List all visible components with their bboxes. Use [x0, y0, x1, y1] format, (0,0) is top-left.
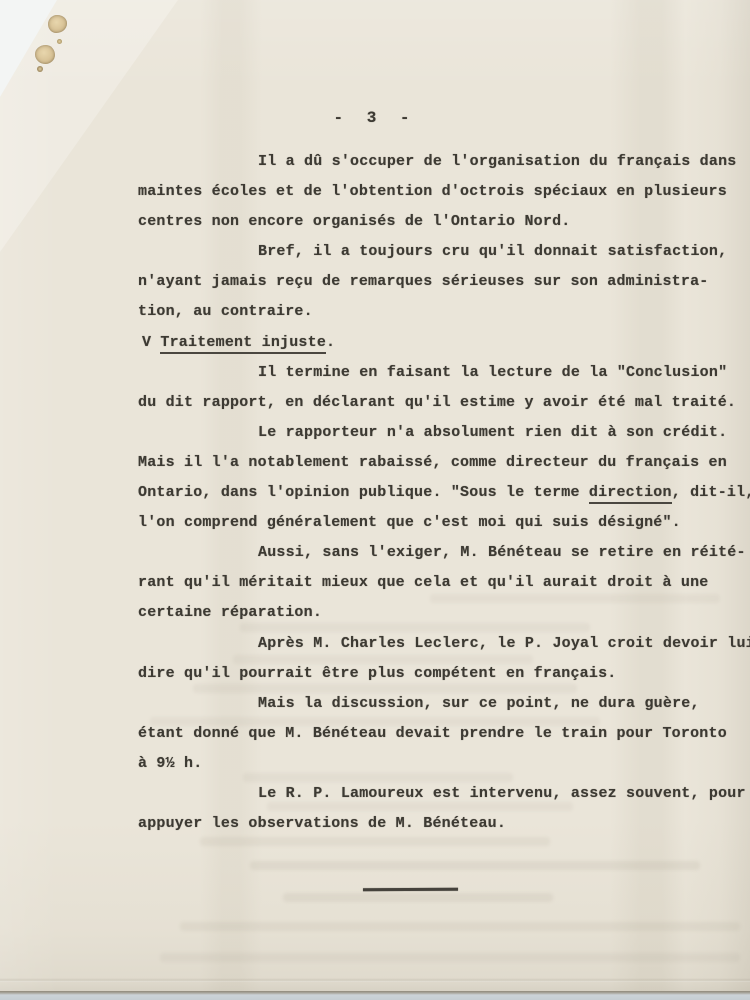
- text-line: tion, au contraire.: [138, 297, 750, 327]
- text-segment: à 9½ h.: [138, 755, 202, 772]
- punch-hole-bottom: [35, 45, 55, 64]
- page-number: - 3 -: [0, 109, 750, 127]
- text-line: maintes écoles et de l'obtention d'octro…: [138, 177, 750, 207]
- text-segment: dire qu'il pourrait être plus compétent …: [138, 665, 616, 682]
- text-segment: centres non encore organisés de l'Ontari…: [138, 213, 570, 230]
- bleed-line: [160, 953, 740, 962]
- text-line: du dit rapport, en déclarant qu'il estim…: [138, 388, 750, 418]
- paper-page: - 3 - Il a dû s'occuper de l'organisatio…: [0, 0, 750, 991]
- text-line: rant qu'il méritait mieux que cela et qu…: [138, 568, 750, 598]
- underlined-text: Traitement injuste: [160, 334, 326, 354]
- section-heading: V Traitement injuste.: [142, 328, 750, 358]
- text-line: n'ayant jamais reçu de remarques sérieus…: [138, 267, 750, 297]
- text-line: dire qu'il pourrait être plus compétent …: [138, 659, 750, 689]
- text-segment: du dit rapport, en déclarant qu'il estim…: [138, 394, 736, 411]
- text-segment: .: [326, 334, 335, 351]
- text-segment: l'on comprend généralement que c'est moi…: [138, 514, 681, 531]
- text-line: Aussi, sans l'exiger, M. Bénéteau se ret…: [138, 538, 750, 568]
- text-segment: n'ayant jamais reçu de remarques sérieus…: [138, 273, 709, 290]
- text-line: Mais il l'a notablement rabaissé, comme …: [138, 448, 750, 478]
- underlined-text: direction: [589, 484, 672, 504]
- bleed-line: [180, 922, 740, 931]
- typewritten-text: Il a dû s'occuper de l'organisation du f…: [138, 147, 750, 839]
- text-segment: certaine réparation.: [138, 604, 322, 621]
- text-segment: rant qu'il méritait mieux que cela et qu…: [138, 574, 709, 591]
- text-line: Le R. P. Lamoureux est intervenu, assez …: [138, 779, 750, 809]
- text-line: Il a dû s'occuper de l'organisation du f…: [138, 147, 750, 177]
- text-segment: Mais la discussion, sur ce point, ne dur…: [258, 695, 700, 712]
- text-segment: Il termine en faisant la lecture de la "…: [258, 364, 727, 381]
- text-line: à 9½ h.: [138, 749, 750, 779]
- text-line: Après M. Charles Leclerc, le P. Joyal cr…: [138, 629, 750, 659]
- text-segment: Il a dû s'occuper de l'organisation du f…: [258, 153, 736, 170]
- text-segment: Ontario, dans l'opinion publique. "Sous …: [138, 484, 589, 501]
- text-line: Mais la discussion, sur ce point, ne dur…: [138, 689, 750, 719]
- text-segment: , dit-il,: [672, 484, 750, 501]
- paper-speck: [57, 39, 62, 44]
- text-segment: Le rapporteur n'a absolument rien dit à …: [258, 424, 727, 441]
- text-line: Bref, il a toujours cru qu'il donnait sa…: [138, 237, 750, 267]
- text-line: certaine réparation.: [138, 598, 750, 628]
- text-line: Ontario, dans l'opinion publique. "Sous …: [138, 478, 750, 508]
- text-line: l'on comprend généralement que c'est moi…: [138, 508, 750, 538]
- text-segment: Aussi, sans l'exiger, M. Bénéteau se ret…: [258, 544, 746, 561]
- footer-rule: [363, 888, 458, 891]
- text-line: Il termine en faisant la lecture de la "…: [138, 358, 750, 388]
- text-line: étant donné que M. Bénéteau devait prend…: [138, 719, 750, 749]
- text-segment: appuyer les observations de M. Bénéteau.: [138, 815, 506, 832]
- punch-hole-top: [48, 15, 67, 33]
- text-segment: Mais il l'a notablement rabaissé, comme …: [138, 454, 727, 471]
- bleed-line: [250, 861, 700, 870]
- text-segment: Après M. Charles Leclerc, le P. Joyal cr…: [258, 635, 750, 652]
- text-segment: étant donné que M. Bénéteau devait prend…: [138, 725, 727, 742]
- text-line: Le rapporteur n'a absolument rien dit à …: [138, 418, 750, 448]
- bleed-line: [283, 893, 553, 902]
- scan-bottom-edge: [0, 991, 750, 1000]
- text-segment: V: [142, 334, 160, 351]
- text-line: appuyer les observations de M. Bénéteau.: [138, 809, 750, 839]
- text-line: centres non encore organisés de l'Ontari…: [138, 207, 750, 237]
- text-segment: maintes écoles et de l'obtention d'octro…: [138, 183, 727, 200]
- text-segment: Bref, il a toujours cru qu'il donnait sa…: [258, 243, 727, 260]
- paper-speck: [37, 66, 43, 72]
- text-segment: tion, au contraire.: [138, 303, 313, 320]
- text-segment: Le R. P. Lamoureux est intervenu, assez …: [258, 785, 746, 802]
- scanned-document: - 3 - Il a dû s'occuper de l'organisatio…: [0, 0, 750, 1000]
